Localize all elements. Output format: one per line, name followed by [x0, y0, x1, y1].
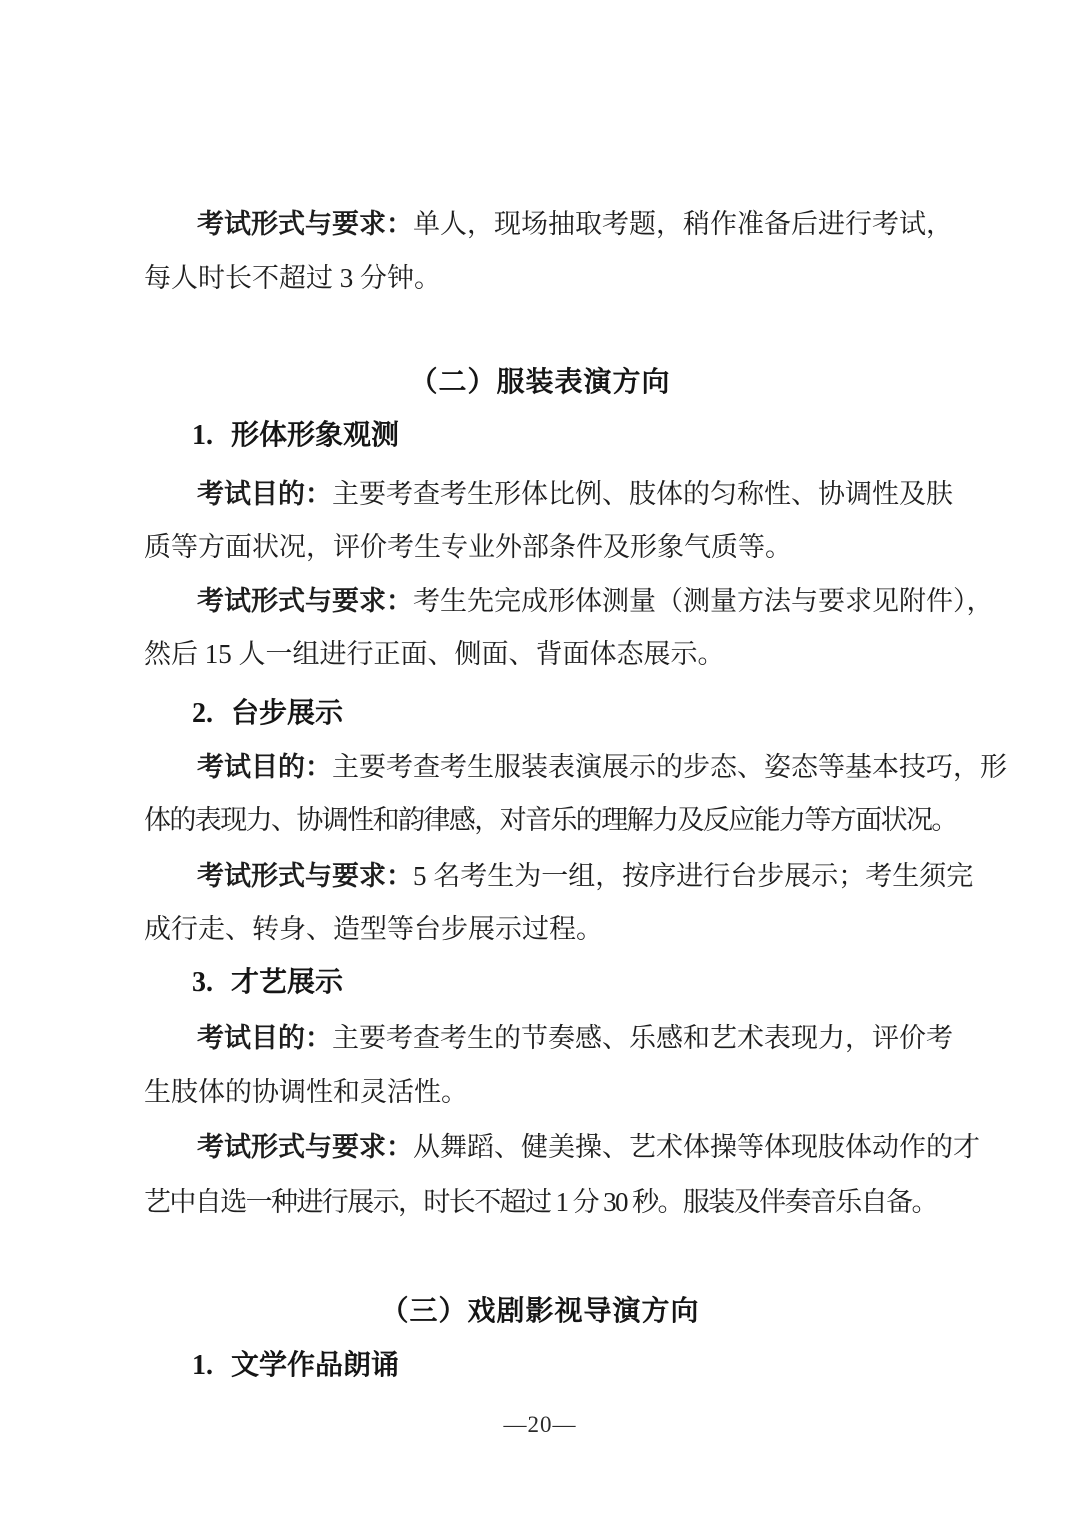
- paragraph-label: 考试目的：: [197, 1023, 332, 1053]
- paragraph-line: 生肢体的协调性和灵活性。: [144, 1076, 468, 1108]
- paragraph-line: 艺中自选一种进行展示，时长不超过 1 分 30 秒。服装及伴奏音乐自备。: [144, 1186, 937, 1218]
- page-number: —20—: [0, 1412, 1080, 1438]
- section-heading-text: （三）戏剧影视导演方向: [380, 1295, 699, 1326]
- paragraph-text: 生肢体的协调性和灵活性。: [144, 1077, 468, 1107]
- paragraph-line: 体的表现力、协调性和韵律感，对音乐的理解力及反应能力等方面状况。: [144, 804, 957, 836]
- numbered-heading: 3.才艺展示: [192, 967, 343, 999]
- paragraph-line: 考试形式与要求：从舞蹈、健美操、艺术体操等体现肢体动作的才: [197, 1131, 980, 1163]
- paragraph-line: 质等方面状况，评价考生专业外部条件及形象气质等。: [144, 531, 792, 563]
- numbered-heading: 1.文学作品朗诵: [192, 1350, 399, 1382]
- paragraph-label: 考试形式与要求：: [197, 209, 413, 239]
- section-heading-text: （二）服装表演方向: [409, 366, 670, 397]
- paragraph-text: 质等方面状况，评价考生专业外部条件及形象气质等。: [144, 532, 792, 562]
- paragraph-text: 成行走、转身、造型等台步展示过程。: [144, 914, 603, 944]
- paragraph-line: 考试目的：主要考查考生形体比例、肢体的匀称性、协调性及肤: [197, 478, 953, 510]
- section-heading: （三）戏剧影视导演方向: [0, 1295, 1080, 1327]
- paragraph-text: 主要考查考生的节奏感、乐感和艺术表现力，评价考: [332, 1023, 953, 1053]
- paragraph-line: 考试目的：主要考查考生服装表演展示的步态、姿态等基本技巧，形: [197, 751, 1007, 783]
- heading-title: 台步展示: [231, 698, 343, 729]
- numbered-heading: 1.形体形象观测: [192, 420, 399, 452]
- heading-title: 文学作品朗诵: [231, 1350, 399, 1381]
- paragraph-text: 主要考查考生服装表演展示的步态、姿态等基本技巧，形: [332, 752, 1007, 782]
- paragraph-text: 每人时长不超过 3 分钟。: [144, 263, 441, 293]
- paragraph-line: 考试形式与要求：考生先完成形体测量（测量方法与要求见附件），: [197, 585, 994, 617]
- numbered-heading: 2.台步展示: [192, 698, 343, 730]
- paragraph-text: 然后 15 人一组进行正面、侧面、背面体态展示。: [144, 639, 725, 669]
- paragraph-line: 成行走、转身、造型等台步展示过程。: [144, 913, 603, 945]
- paragraph-text: 艺中自选一种进行展示，时长不超过 1 分 30 秒。服装及伴奏音乐自备。: [144, 1187, 937, 1217]
- paragraph-line: 考试目的：主要考查考生的节奏感、乐感和艺术表现力，评价考: [197, 1022, 953, 1054]
- paragraph-text: 5 名考生为一组，按序进行台步展示；考生须完: [413, 861, 973, 891]
- paragraph-label: 考试形式与要求：: [197, 586, 413, 616]
- paragraph-text: 考生先完成形体测量（测量方法与要求见附件），: [413, 586, 994, 616]
- paragraph-text: 从舞蹈、健美操、艺术体操等体现肢体动作的才: [413, 1132, 980, 1162]
- paragraph-line: 考试形式与要求：5 名考生为一组，按序进行台步展示；考生须完: [197, 860, 973, 892]
- heading-title: 形体形象观测: [231, 420, 399, 451]
- paragraph-text: 主要考查考生形体比例、肢体的匀称性、协调性及肤: [332, 479, 953, 509]
- document-page: 考试形式与要求：单人，现场抽取考题，稍作准备后进行考试， 每人时长不超过 3 分…: [0, 0, 1080, 1527]
- paragraph-line: 然后 15 人一组进行正面、侧面、背面体态展示。: [144, 638, 725, 670]
- heading-number: 2.: [192, 698, 213, 730]
- paragraph-label: 考试形式与要求：: [197, 861, 413, 891]
- paragraph-label: 考试目的：: [197, 479, 332, 509]
- paragraph-label: 考试目的：: [197, 752, 332, 782]
- paragraph-label: 考试形式与要求：: [197, 1132, 413, 1162]
- heading-number: 1.: [192, 420, 213, 452]
- heading-number: 3.: [192, 967, 213, 999]
- paragraph-text: 体的表现力、协调性和韵律感，对音乐的理解力及反应能力等方面状况。: [144, 805, 957, 835]
- paragraph-text: 单人，现场抽取考题，稍作准备后进行考试，: [413, 209, 953, 239]
- section-heading: （二）服装表演方向: [0, 366, 1080, 398]
- heading-number: 1.: [192, 1350, 213, 1382]
- paragraph-line: 考试形式与要求：单人，现场抽取考题，稍作准备后进行考试，: [197, 208, 953, 240]
- heading-title: 才艺展示: [231, 967, 343, 998]
- paragraph-line: 每人时长不超过 3 分钟。: [144, 262, 441, 294]
